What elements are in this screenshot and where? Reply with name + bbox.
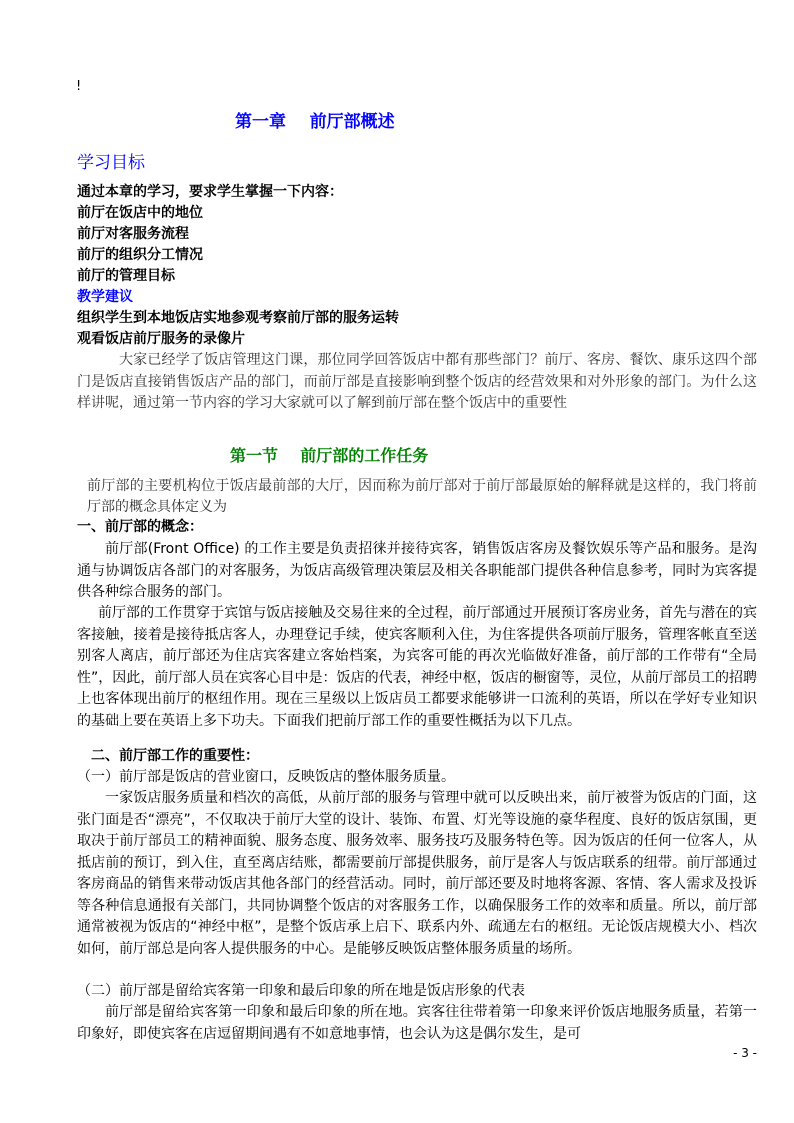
section-title: 第一节 前厅部的工作任务 [230,445,428,467]
teaching-suggestion-item: 组织学生到本地饭店实地参观考察前厅部的服务运转 [77,308,399,329]
learning-goals-heading: 学习目标 [77,151,145,175]
intro-paragraph: 大家已经学了饭店管理这门课，那位同学回答饭店中都有那些部门？前厅、客房、餐饮、康… [77,350,757,415]
importance-point-1-body: 一家饭店服务质量和档次的高低，从前厅部的服务与管理中就可以反映出来，前厅被誉为饭… [77,788,757,960]
stray-mark: ! [76,79,81,95]
section-intro: 前厅部的主要机构位于饭店最前部的大厅，因而称为前厅部对于前厅部最原始的解释就是这… [87,476,757,518]
teaching-suggestion-item: 观看饭店前厅服务的录像片 [77,329,245,350]
importance-heading: 二、前厅部工作的重要性： [91,746,259,767]
page-number: - 3 - [733,1046,757,1060]
importance-point-2-body: 前厅部是留给宾客第一印象和最后印象的所在地。宾客往往带着第一印象来评价饭店地服务… [77,1002,757,1045]
concept-heading: 一、前厅部的概念： [77,517,203,538]
learning-goal-item: 前厅对客服务流程 [77,224,189,245]
concept-paragraph: 前厅部的工作贯穿于宾馆与饭店接触及交易往来的全过程，前厅部通过开展预订客房业务，… [77,603,757,732]
learning-goal-item: 前厅的管理目标 [77,266,175,287]
learning-goal-item: 前厅在饭店中的地位 [77,203,203,224]
learning-goals-intro: 通过本章的学习，要求学生掌握一下内容： [77,182,343,203]
importance-point-2-title: （二）前厅部是留给宾客第一印象和最后印象的所在地是饭店形象的代表 [77,981,525,1002]
document-page: ! 第一章 前厅部概述 学习目标 通过本章的学习，要求学生掌握一下内容： 前厅在… [0,0,794,1123]
importance-point-1-title: （一）前厅部是饭店的营业窗口，反映饭店的整体服务质量。 [77,767,455,788]
concept-paragraph: 前厅部(Front Office) 的工作主要是负责招徕并接待宾客，销售饭店客房… [77,539,757,604]
learning-goal-item: 前厅的组织分工情况 [77,245,203,266]
teaching-suggestions-heading: 教学建议 [77,287,133,308]
chapter-title: 第一章 前厅部概述 [235,110,395,134]
